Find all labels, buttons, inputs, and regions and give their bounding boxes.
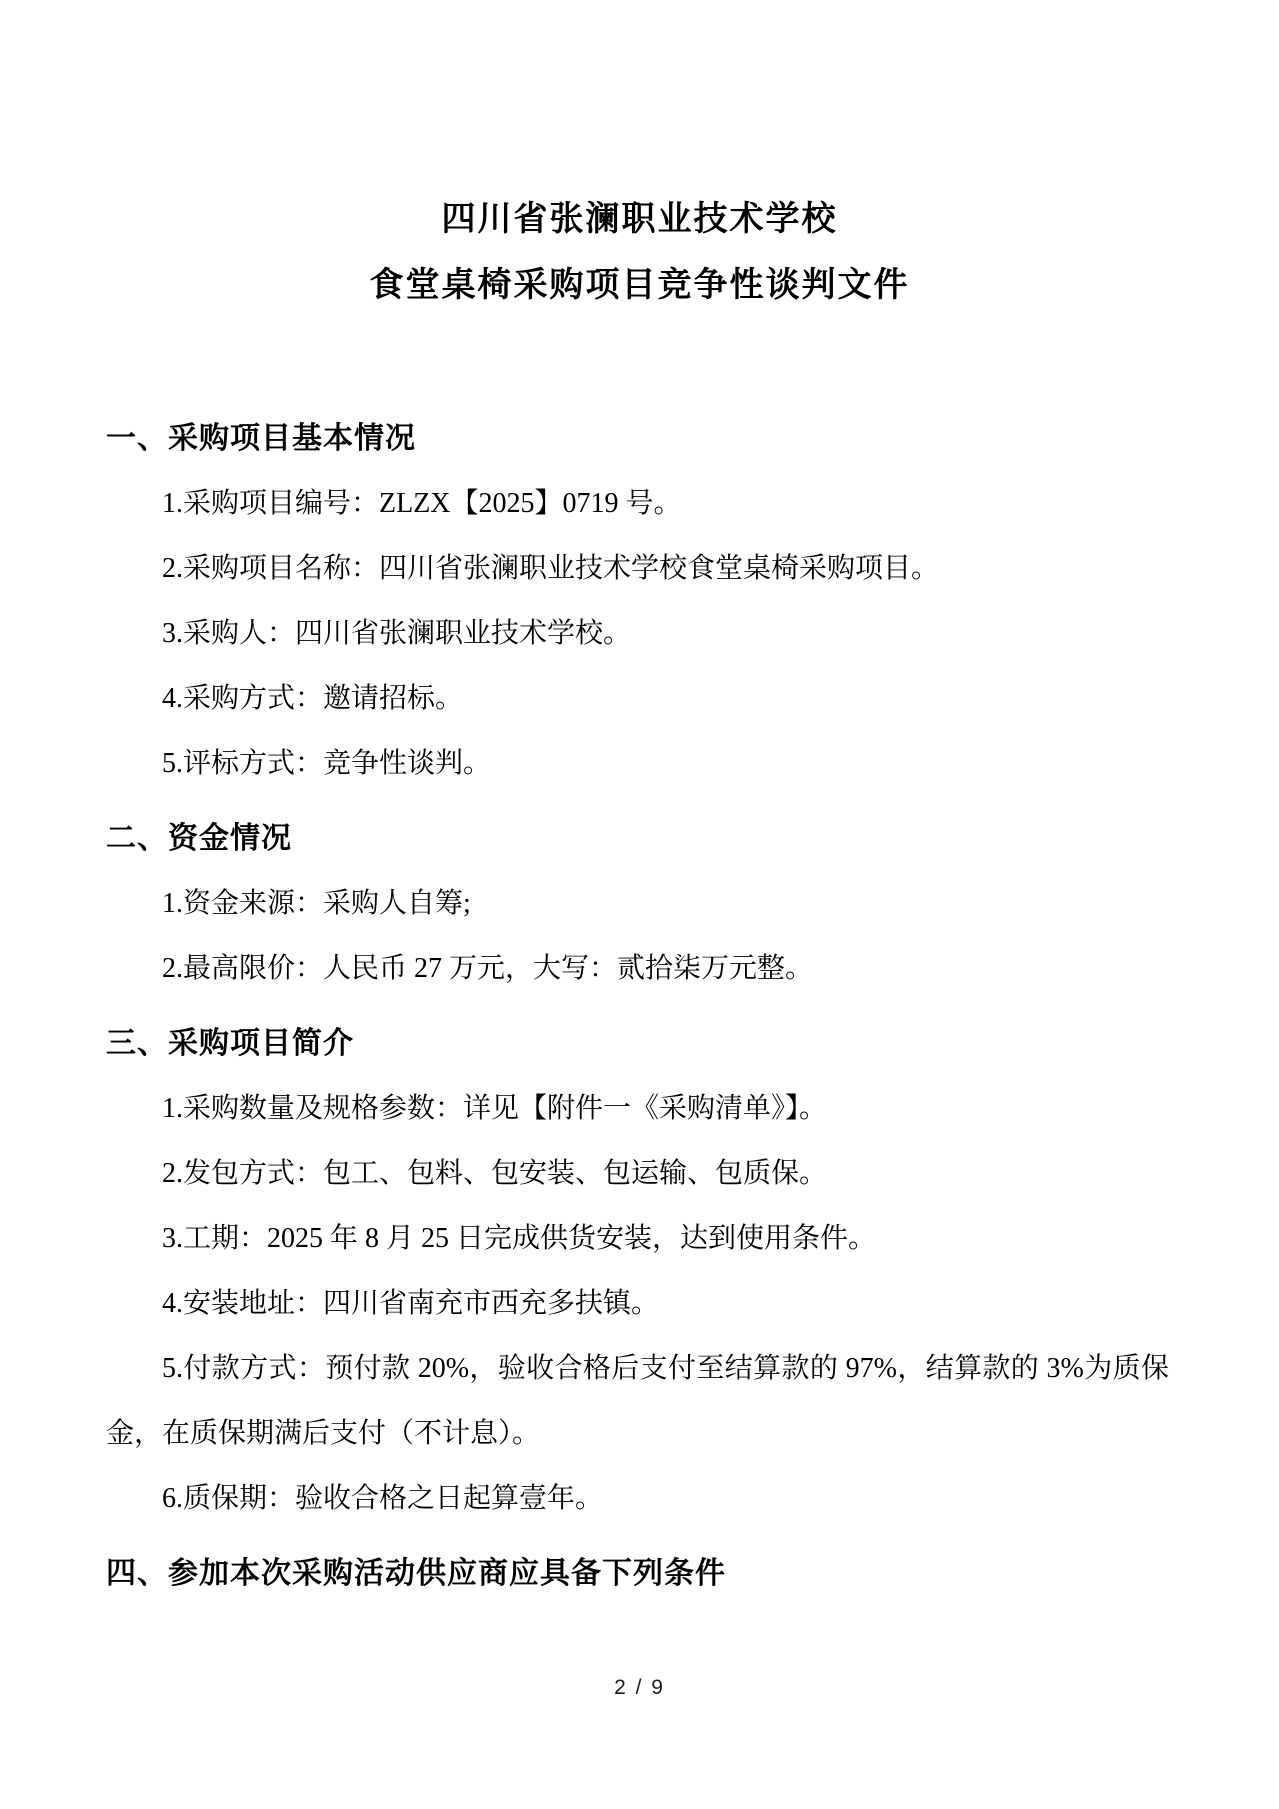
item-schedule: 3.工期：2025 年 8 月 25 日完成供货安装，达到使用条件。	[106, 1206, 1169, 1271]
section-heading-supplier-requirements: 四、参加本次采购活动供应商应具备下列条件	[106, 1541, 1169, 1606]
section-heading-funding: 二、资金情况	[106, 806, 1169, 871]
document-title-block: 四川省张澜职业技术学校 食堂桌椅采购项目竞争性谈判文件	[0, 0, 1279, 318]
item-project-number: 1.采购项目编号：ZLZX【2025】0719 号。	[106, 471, 1169, 536]
item-quantity-specs: 1.采购数量及规格参数：详见【附件一《采购清单》】。	[106, 1076, 1169, 1141]
document-title-line2: 食堂桌椅采购项目竞争性谈判文件	[0, 252, 1279, 318]
item-installation-address: 4.安装地址：四川省南充市西充多扶镇。	[106, 1271, 1169, 1336]
document-body: 一、采购项目基本情况 1.采购项目编号：ZLZX【2025】0719 号。 2.…	[0, 406, 1279, 1606]
item-procurement-method: 4.采购方式：邀请招标。	[106, 666, 1169, 731]
item-price-ceiling: 2.最高限价：人民币 27 万元，大写：贰拾柒万元整。	[106, 936, 1169, 1001]
item-contracting-method: 2.发包方式：包工、包料、包安装、包运输、包质保。	[106, 1141, 1169, 1206]
page-footer: 2 / 9	[0, 1676, 1279, 1700]
section-heading-project-brief: 三、采购项目简介	[106, 1011, 1169, 1076]
item-warranty-period: 6.质保期：验收合格之日起算壹年。	[106, 1466, 1169, 1531]
section-heading-basic-info: 一、采购项目基本情况	[106, 406, 1169, 471]
item-purchaser: 3.采购人：四川省张澜职业技术学校。	[106, 601, 1169, 666]
item-project-name: 2.采购项目名称：四川省张澜职业技术学校食堂桌椅采购项目。	[106, 536, 1169, 601]
item-funding-source: 1.资金来源：采购人自筹;	[106, 871, 1169, 936]
document-page: 四川省张澜职业技术学校 食堂桌椅采购项目竞争性谈判文件 一、采购项目基本情况 1…	[0, 0, 1279, 1809]
item-payment-terms: 5.付款方式：预付款 20%，验收合格后支付至结算款的 97%，结算款的 3%为…	[106, 1336, 1169, 1466]
document-title-line1: 四川省张澜职业技术学校	[0, 186, 1279, 252]
page-number: 2 / 9	[614, 1676, 665, 1699]
item-evaluation-method: 5.评标方式：竞争性谈判。	[106, 731, 1169, 796]
